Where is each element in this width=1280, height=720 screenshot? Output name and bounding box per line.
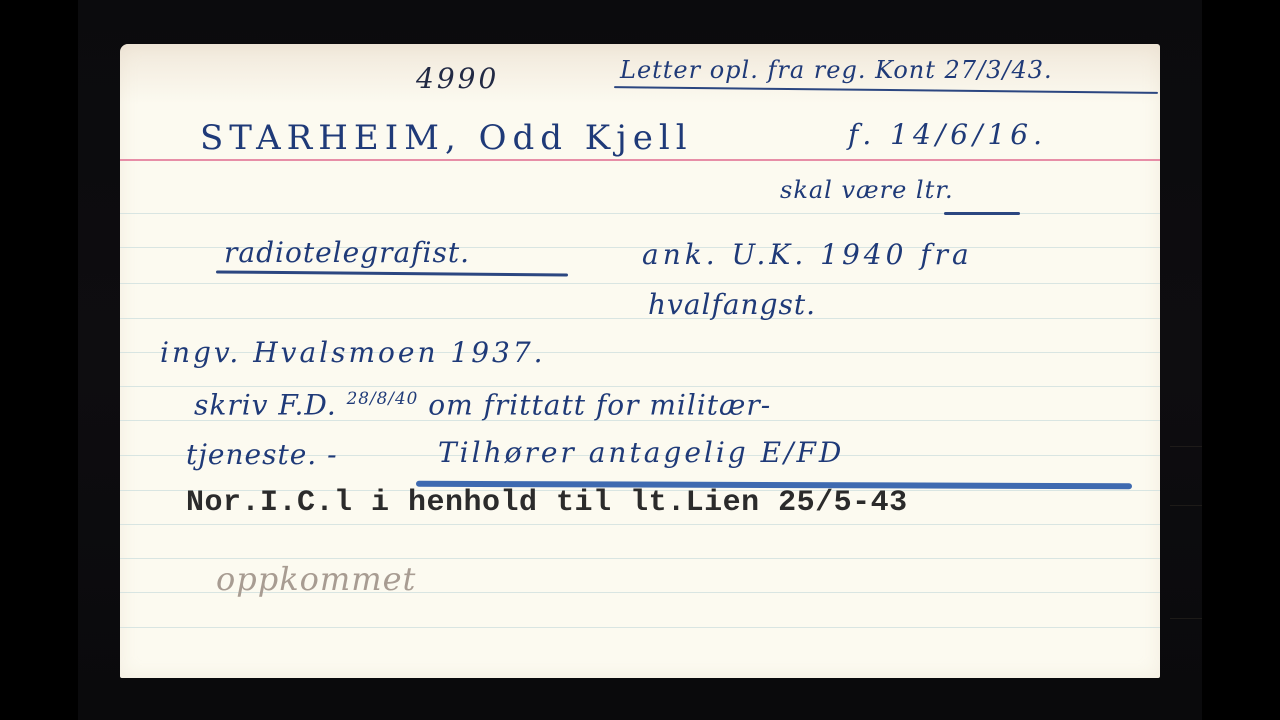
header-red-rule <box>120 159 1160 161</box>
scan-artifact <box>1170 618 1202 619</box>
person-name: STARHEIM, Odd Kjell <box>200 118 693 158</box>
belongs-line: Tilhører antagelig E/FD <box>438 436 844 469</box>
scan-artifact <box>1170 505 1202 506</box>
letter-rest: om frittatt for militær- <box>428 388 771 421</box>
letter-line: skriv F.D. 28/8/40 om frittatt for milit… <box>194 388 771 421</box>
scan-artifact <box>1170 446 1202 447</box>
note-should-be: skal være ltr. <box>780 176 954 204</box>
ruled-line <box>120 318 1160 319</box>
pencil-note: oppkommet <box>216 560 416 598</box>
card-number: 4990 <box>416 62 499 95</box>
birth-date: f. 14/6/16. <box>848 118 1047 151</box>
note-underline <box>944 212 1020 215</box>
letter-date: 28/8/40 <box>347 388 419 408</box>
ruled-line <box>120 524 1160 525</box>
ruled-line <box>120 283 1160 284</box>
enlistment-line: ingv. Hvalsmoen 1937. <box>160 336 546 369</box>
occupation: radiotelegrafist. <box>224 236 470 269</box>
ruled-line <box>120 627 1160 628</box>
service-line: tjeneste. - <box>186 438 338 471</box>
arrival-note: ank. U.K. 1940 fra <box>642 238 973 271</box>
header-note: Letter opl. fra reg. Kont 27/3/43. <box>620 56 1053 84</box>
ruled-line <box>120 558 1160 559</box>
header-note-underline <box>614 86 1158 94</box>
index-card: 4990 Letter opl. fra reg. Kont 27/3/43. … <box>120 44 1160 678</box>
typed-line: Nor.I.C.l i henhold til lt.Lien 25/5-43 <box>186 486 908 520</box>
occupation-underline <box>216 270 568 276</box>
ruled-line <box>120 386 1160 387</box>
arrival-note-continued: hvalfangst. <box>648 288 816 321</box>
letter-prefix: skriv F.D. <box>194 388 337 421</box>
